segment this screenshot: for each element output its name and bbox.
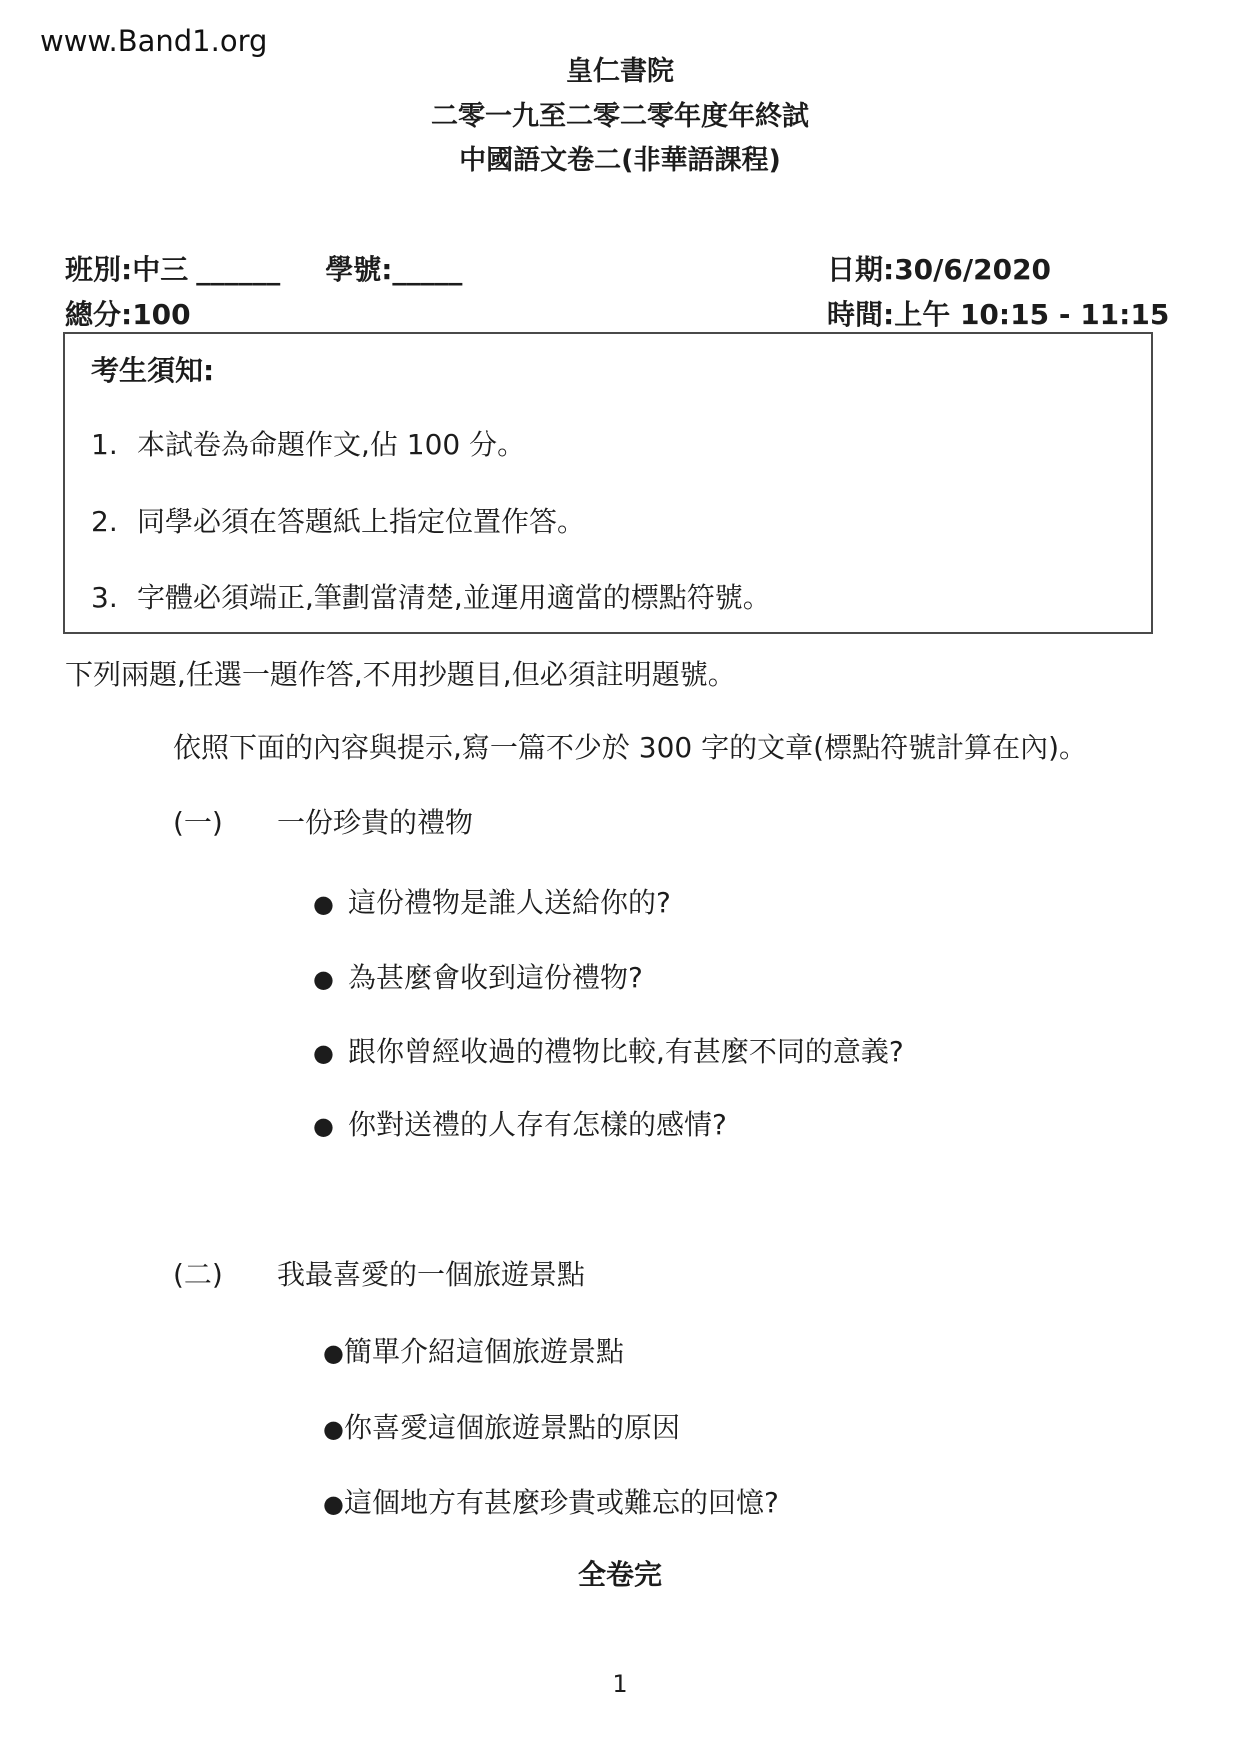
- class-label: 班別:中三: [65, 253, 188, 286]
- notice-item-3-text: 字體必須端正,筆劃當清楚,並運用適當的標點符號。: [137, 581, 771, 615]
- notice-item-1-number: 1.: [91, 428, 137, 462]
- class-blank-line: ______: [196, 253, 280, 286]
- question-2-number: (二): [173, 1258, 277, 1292]
- question-2-bullet-1-text: 簡單介紹這個旅遊景點: [344, 1335, 624, 1369]
- page-number: 1: [0, 1670, 1240, 1698]
- question-2-title: 我最喜愛的一個旅遊景點: [277, 1258, 585, 1292]
- question-2-bullet-3-text: 這個地方有甚麼珍貴或難忘的回憶?: [344, 1486, 779, 1520]
- exam-time: 時間:上午 10:15 - 11:15: [827, 298, 1169, 332]
- school-name: 皇仁書院: [0, 56, 1240, 88]
- question-1-bullet-2: ● 為甚麼會收到這份禮物?: [313, 961, 643, 995]
- total-score: 總分:100: [65, 298, 191, 332]
- question-2-bullet-3: ● 這個地方有甚麼珍貴或難忘的回憶?: [323, 1486, 779, 1520]
- candidate-notice-box: 考生須知: 1. 本試卷為命題作文,佔 100 分。 2. 同學必須在答題紙上指…: [63, 332, 1153, 634]
- bullet-dot-icon: ●: [323, 1415, 344, 1444]
- paper-title: 中國語文卷二(非華語課程): [0, 145, 1240, 177]
- question-1-bullet-1: ● 這份禮物是誰人送給你的?: [313, 886, 671, 920]
- bullet-dot-icon: ●: [313, 890, 334, 919]
- notice-title: 考生須知:: [91, 354, 214, 388]
- notice-item-1-text: 本試卷為命題作文,佔 100 分。: [137, 428, 525, 462]
- notice-item-1: 1. 本試卷為命題作文,佔 100 分。: [91, 428, 525, 462]
- choose-instruction: 下列兩題,任選一題作答,不用抄題目,但必須註明題號。: [65, 658, 736, 692]
- exam-paper-page: www.Band1.org 皇仁書院 二零一九至二零二零年度年終試 中國語文卷二…: [0, 0, 1240, 1754]
- question-1-bullet-4: ● 你對送禮的人存有怎樣的感情?: [313, 1108, 727, 1142]
- bullet-dot-icon: ●: [323, 1339, 344, 1368]
- notice-item-3: 3. 字體必須端正,筆劃當清楚,並運用適當的標點符號。: [91, 581, 771, 615]
- notice-item-2-number: 2.: [91, 505, 137, 539]
- student-no-blank-line: _____: [392, 253, 462, 286]
- question-1-bullet-1-text: 這份禮物是誰人送給你的?: [348, 886, 671, 920]
- end-of-paper-text: 全卷完: [0, 1558, 1240, 1592]
- question-1-heading: (一) 一份珍貴的禮物: [173, 806, 473, 840]
- bullet-dot-icon: ●: [313, 1039, 334, 1068]
- word-count-instruction: 依照下面的內容與提示,寫一篇不少於 300 字的文章(標點符號計算在內)。: [173, 731, 1087, 765]
- watermark-url: www.Band1.org: [40, 24, 267, 58]
- question-1-title: 一份珍貴的禮物: [277, 806, 473, 840]
- question-2-bullet-1: ● 簡單介紹這個旅遊景點: [323, 1335, 624, 1369]
- question-1-bullet-4-text: 你對送禮的人存有怎樣的感情?: [348, 1108, 727, 1142]
- notice-item-3-number: 3.: [91, 581, 137, 615]
- exam-date: 日期:30/6/2020: [827, 253, 1051, 287]
- question-1-bullet-2-text: 為甚麼會收到這份禮物?: [348, 961, 643, 995]
- bullet-dot-icon: ●: [323, 1490, 344, 1519]
- question-1-number: (一): [173, 806, 277, 840]
- notice-item-2-text: 同學必須在答題紙上指定位置作答。: [137, 505, 585, 539]
- class-and-student-row: 班別:中三______學號:_____: [65, 253, 462, 287]
- question-2-heading: (二) 我最喜愛的一個旅遊景點: [173, 1258, 585, 1292]
- student-no-label: 學號:: [325, 253, 392, 286]
- bullet-dot-icon: ●: [313, 965, 334, 994]
- bullet-dot-icon: ●: [313, 1112, 334, 1141]
- question-2-bullet-2: ● 你喜愛這個旅遊景點的原因: [323, 1411, 680, 1445]
- question-1-bullet-3-text: 跟你曾經收過的禮物比較,有甚麼不同的意義?: [348, 1035, 904, 1069]
- exam-year-title: 二零一九至二零二零年度年終試: [0, 101, 1240, 133]
- question-2-bullet-2-text: 你喜愛這個旅遊景點的原因: [344, 1411, 680, 1445]
- notice-item-2: 2. 同學必須在答題紙上指定位置作答。: [91, 505, 585, 539]
- question-1-bullet-3: ● 跟你曾經收過的禮物比較,有甚麼不同的意義?: [313, 1035, 904, 1069]
